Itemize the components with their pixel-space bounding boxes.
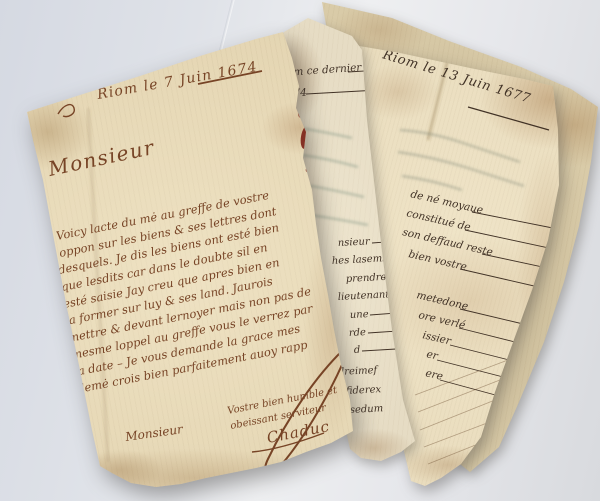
wax-seal-remnant: [299, 124, 313, 149]
salutation: Monsieur: [45, 135, 157, 181]
wax-seal-remnant: [306, 168, 311, 173]
photo-of-manuscript-letters: Riom le 13 Juin 1677 de né moyaue consti…: [0, 0, 600, 501]
dateline-flourish: [58, 105, 74, 117]
dateline: Riom le 7 Juin 1674: [95, 59, 259, 103]
wax-seal-remnant: [298, 110, 304, 118]
letter-front-wrap: Riom le 7 Juin 1674 Monsieur Voicy lacte…: [0, 0, 600, 501]
letter-front-writing: Riom le 7 Juin 1674 Monsieur Voicy lacte…: [0, 0, 600, 501]
address-line: Monsieur: [123, 422, 184, 444]
letter-paper-front: Riom le 7 Juin 1674 Monsieur Voicy lacte…: [0, 0, 600, 501]
